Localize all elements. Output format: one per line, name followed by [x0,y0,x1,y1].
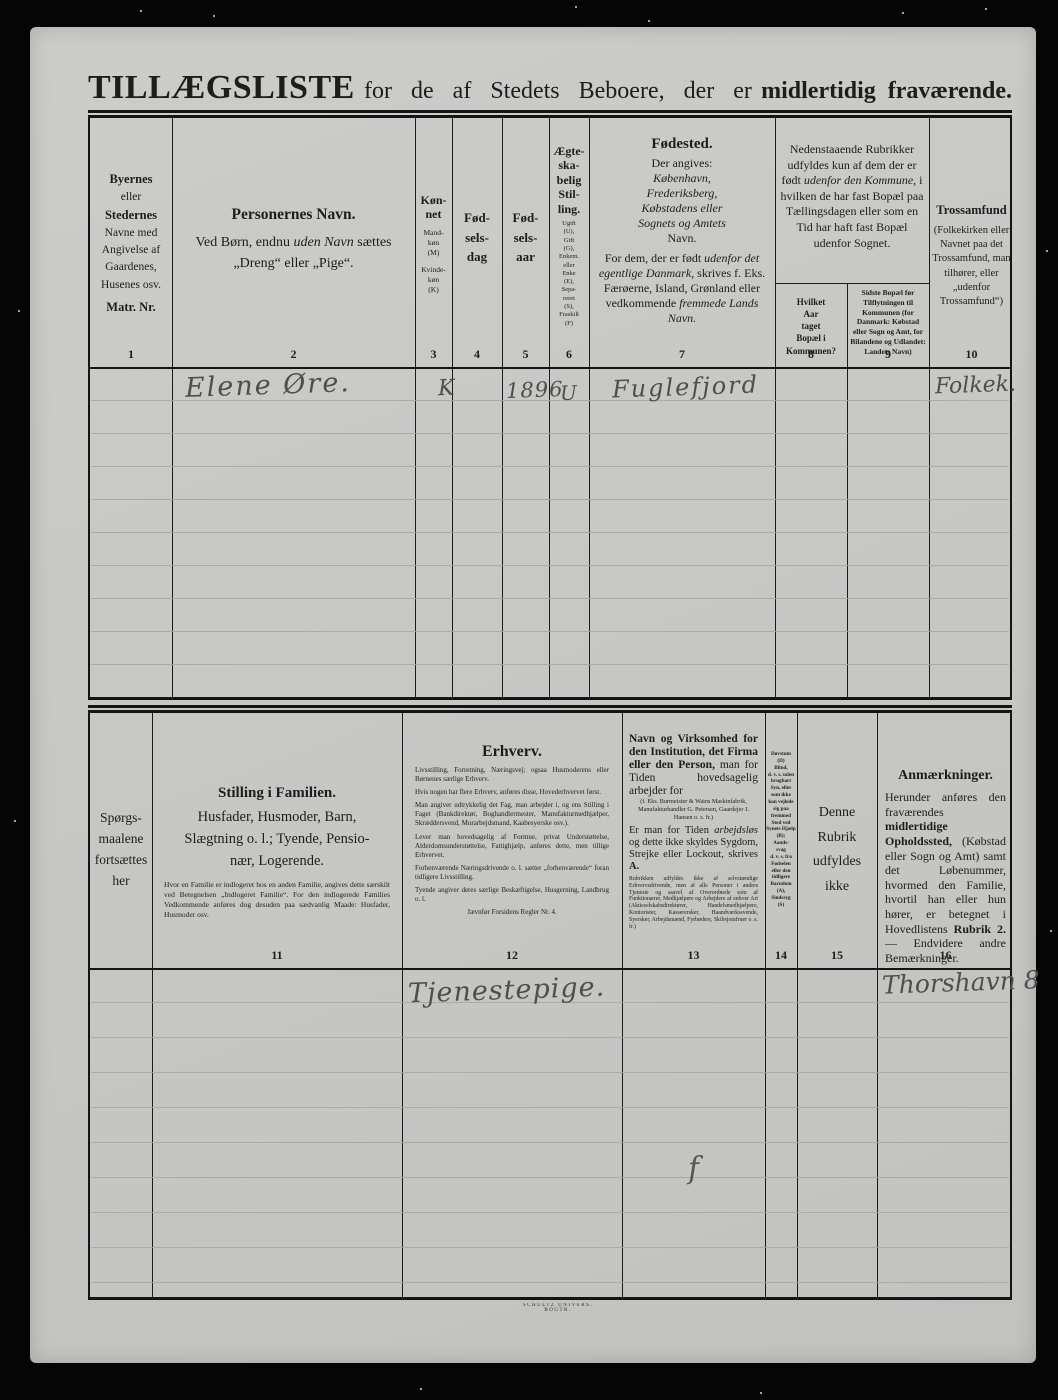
table-line [172,118,173,697]
header-text: Mand- køn (M) [415,228,452,258]
header-text: uden Navn [294,235,354,250]
header-text: Der angives: [589,156,775,171]
header-text: Erhverv. [402,743,622,761]
ruled-line [91,1142,1009,1143]
entry-sex: K [438,376,455,402]
header-text: København, Frederiksberg, Købstadens ell… [589,171,775,231]
column-header-family-position: Stilling i Familien. Husfader, Husmoder,… [152,785,402,919]
table-line [775,283,929,284]
ruled-line [91,1177,1009,1178]
header-text: fremmede Lands [679,296,758,310]
column-number: 8 [775,347,847,362]
header-text: midlertidige Opholdssted, [885,819,952,848]
ruled-line [91,565,1009,566]
header-text: For dem, der er født udenfor det egentli… [589,251,775,326]
column-number: 11 [152,948,402,963]
film-speck [985,8,987,10]
header-text: Herunder anføres den fraværendes midlert… [885,790,1006,966]
header-text: Anmærkninger. [885,768,1006,784]
header-text: Hvor en Familie er indlogeret hos en and… [164,880,390,919]
header-text: Jævnfør Forsidens Regler Nr. 4. [415,908,609,917]
upper-table: Byernes eller Stedernes Navne med Angive… [88,118,1012,700]
header-text: (Folkekirken eller Navnet paa det Trossa… [929,224,1014,309]
header-text: Er man for Tiden arbejdsløs og dette ikk… [629,825,758,873]
page-title-tail: midlertidig fraværende. [761,78,1012,105]
ruled-line [91,532,1009,533]
header-text: Kvinde- køn (K) [415,265,452,295]
header-text: (Købstad eller Sogn og Amt) samt det Løb… [885,834,1006,936]
column-number: 15 [797,948,877,963]
header-text: og dette ikke skyldes Sygdom, Strejke el… [629,837,758,860]
column-number: 14 [765,948,797,963]
ruled-line [91,499,1009,500]
table-line [90,367,1010,369]
column-header-sex: Køn- net Mand- køn (M) Kvinde- køn (K) [415,193,452,296]
column-header-name: Personernes Navn. Ved Børn, endnu uden N… [172,206,415,274]
entry-occupation: Tjenestepige. [408,972,606,1010]
film-speck [575,6,577,8]
table-line [502,118,503,697]
column-number: 1 [90,347,172,362]
page-title-middle: for de af Stedets Beboere, der er [364,78,752,105]
column-header-not-filled: Denne Rubrik udfyldes ikke [797,801,877,899]
ruled-line [91,1037,1009,1038]
column-number: 2 [172,347,415,362]
header-text: Fødested. [589,136,775,153]
header-text: Ægte- ska- belig Stil- ling. [549,144,589,216]
column-number: 7 [589,347,775,362]
entry-remark-location: Thorshavn 8 [882,965,1041,999]
ruled-line [91,1072,1009,1073]
column-header-remarks: Anmærkninger. Herunder anføres den fravæ… [877,768,1014,966]
section-rule [88,705,1012,708]
ruled-line [91,631,1009,632]
header-text: Navn. [589,231,775,246]
header-text: A. [629,861,639,872]
ruled-line [91,1212,1009,1213]
film-speck [18,310,20,312]
header-text: Er man for Tiden [629,825,714,836]
column-number: 5 [502,347,549,362]
column-header-place: Byernes eller Stedernes Navne med Angive… [90,170,172,317]
header-text: Ved Børn, endnu uden Navn sættes „Dreng“… [172,232,415,274]
column-number: 6 [549,347,589,362]
header-text: Ugift (U), Gift (G), Enkem. eller Enke (… [549,220,589,328]
column-number: 16 [877,948,1014,963]
column-number: 3 [415,347,452,362]
header-text: Man angiver udtrykkelig det Fag, man arb… [415,801,609,828]
table-line [452,118,453,697]
page-title-lead: TILLÆGSLISTE [88,69,355,107]
column-number: 10 [929,347,1014,362]
header-text: Der angives: København, Frederiksberg, K… [589,156,775,246]
header-text: Matr. Nr. [90,298,172,317]
header-text: Livsstilling, Forretning, Næringsvej; og… [415,766,609,784]
ruled-line [91,664,1009,665]
microfilm-scan: { "title": { "lead": "TILLÆGSLISTE", "mi… [0,0,1058,1400]
header-text: Personernes Navn. [172,206,415,224]
film-speck [648,20,650,22]
header-text: Rubrikken udfyldes ikke af selvstændige … [629,876,758,931]
lower-table: Spørgs- maalene fortsættes her Stilling … [88,713,1012,1300]
header-text: Hvis nogen har flere Erhverv, anføres di… [415,788,609,797]
column-number: 4 [452,347,502,362]
film-speck [760,1392,762,1394]
film-speck [140,10,142,12]
column-header-birthplace: Fødested. Der angives: København, Freder… [589,136,775,326]
film-speck [213,15,215,17]
column-header-moved-group: Nedenstaaende Rubrikker udfyldes kun af … [775,142,929,251]
header-text: Navne med Angivelse af Gaardenes, Husene… [90,225,172,294]
header-text: Stedernes [90,206,172,225]
film-speck [902,12,904,14]
side-label-questions-continue: Spørgs- maalene fortsættes her [90,808,152,892]
column-header-occupation: Erhverv. Livsstilling, Forretning, Nærin… [402,743,622,917]
film-speck [1050,930,1052,932]
header-text: Husfader, Husmoder, Barn, Slægtning o. l… [152,807,402,872]
header-text: Tyende angiver deres særlige Beskæftigel… [415,886,609,904]
header-text: Forhenværende Næringsdrivende o. l. sætt… [415,864,609,882]
header-text: arbejdsløs [714,825,758,836]
column-header-marital: Ægte- ska- belig Stil- ling. Ugift (U), … [549,144,589,328]
ruled-line [91,1282,1009,1283]
header-text: Stilling i Familien. [152,785,402,802]
film-speck [420,1388,422,1390]
column-number: 9 [847,347,929,362]
header-text: Trossamfund [929,203,1014,218]
header-text: Lever man hovedsagelig af Formue, privat… [415,833,609,860]
column-header-birthday: Fød- sels- dag [452,208,502,267]
page-title: TILLÆGSLISTE for de af Stedets Beboere, … [88,69,1012,107]
column-number: 13 [622,948,765,963]
census-form-page: TILLÆGSLISTE for de af Stedets Beboere, … [30,27,1036,1363]
film-speck [1046,250,1048,252]
title-rule [88,110,1012,113]
column-header-birthyear: Fød- sels- aar [502,208,549,267]
film-speck [14,820,16,822]
header-text: Køn- net [415,193,452,222]
entry-faith: Folkek. [935,372,1017,400]
column-header-employer: Navn og Virksomhed for den Institution, … [622,733,765,931]
stray-pen-mark: f [687,1151,699,1186]
ruled-line [91,1247,1009,1248]
column-header-last-residence: Sidste Bopæl før Tilflytningen til Kommu… [847,288,929,356]
printer-imprint: SCHULTZ UNIVERS. BOGTR. [518,1303,598,1313]
header-text: Byernes [90,170,172,189]
entry-person-name: Elene Øre. [185,367,352,404]
entry-birth-year: 1896 [506,377,564,403]
header-text: Ved Børn, endnu [196,235,294,250]
header-text: eller [90,189,172,206]
table-line [90,968,1010,970]
entry-birthplace: Fuglefjord [612,370,760,403]
ruled-line [91,466,1009,467]
column-number: 12 [402,948,622,963]
header-text: Navn og Virksomhed for den Institution, … [629,733,758,797]
header-text: For dem, der er født [605,251,704,265]
header-text: Rubrik 2. [954,922,1006,936]
ruled-line [91,598,1009,599]
entry-marital-status: U [560,381,578,406]
header-text: (f. Eks. Burmeister & Wains Maskinfabrik… [629,798,758,821]
header-text: Navn. [668,311,696,325]
column-header-disabilities: Døvstum (D) Blind, d. v. s. uden brugbar… [765,751,797,909]
ruled-line [91,1107,1009,1108]
ruled-line [91,433,1009,434]
column-header-faith: Trossamfund (Folkekirken eller Navnet pa… [929,203,1014,309]
header-text: Herunder anføres den fraværendes [885,790,1006,819]
header-text: udenfor den Kommune, [804,173,916,187]
